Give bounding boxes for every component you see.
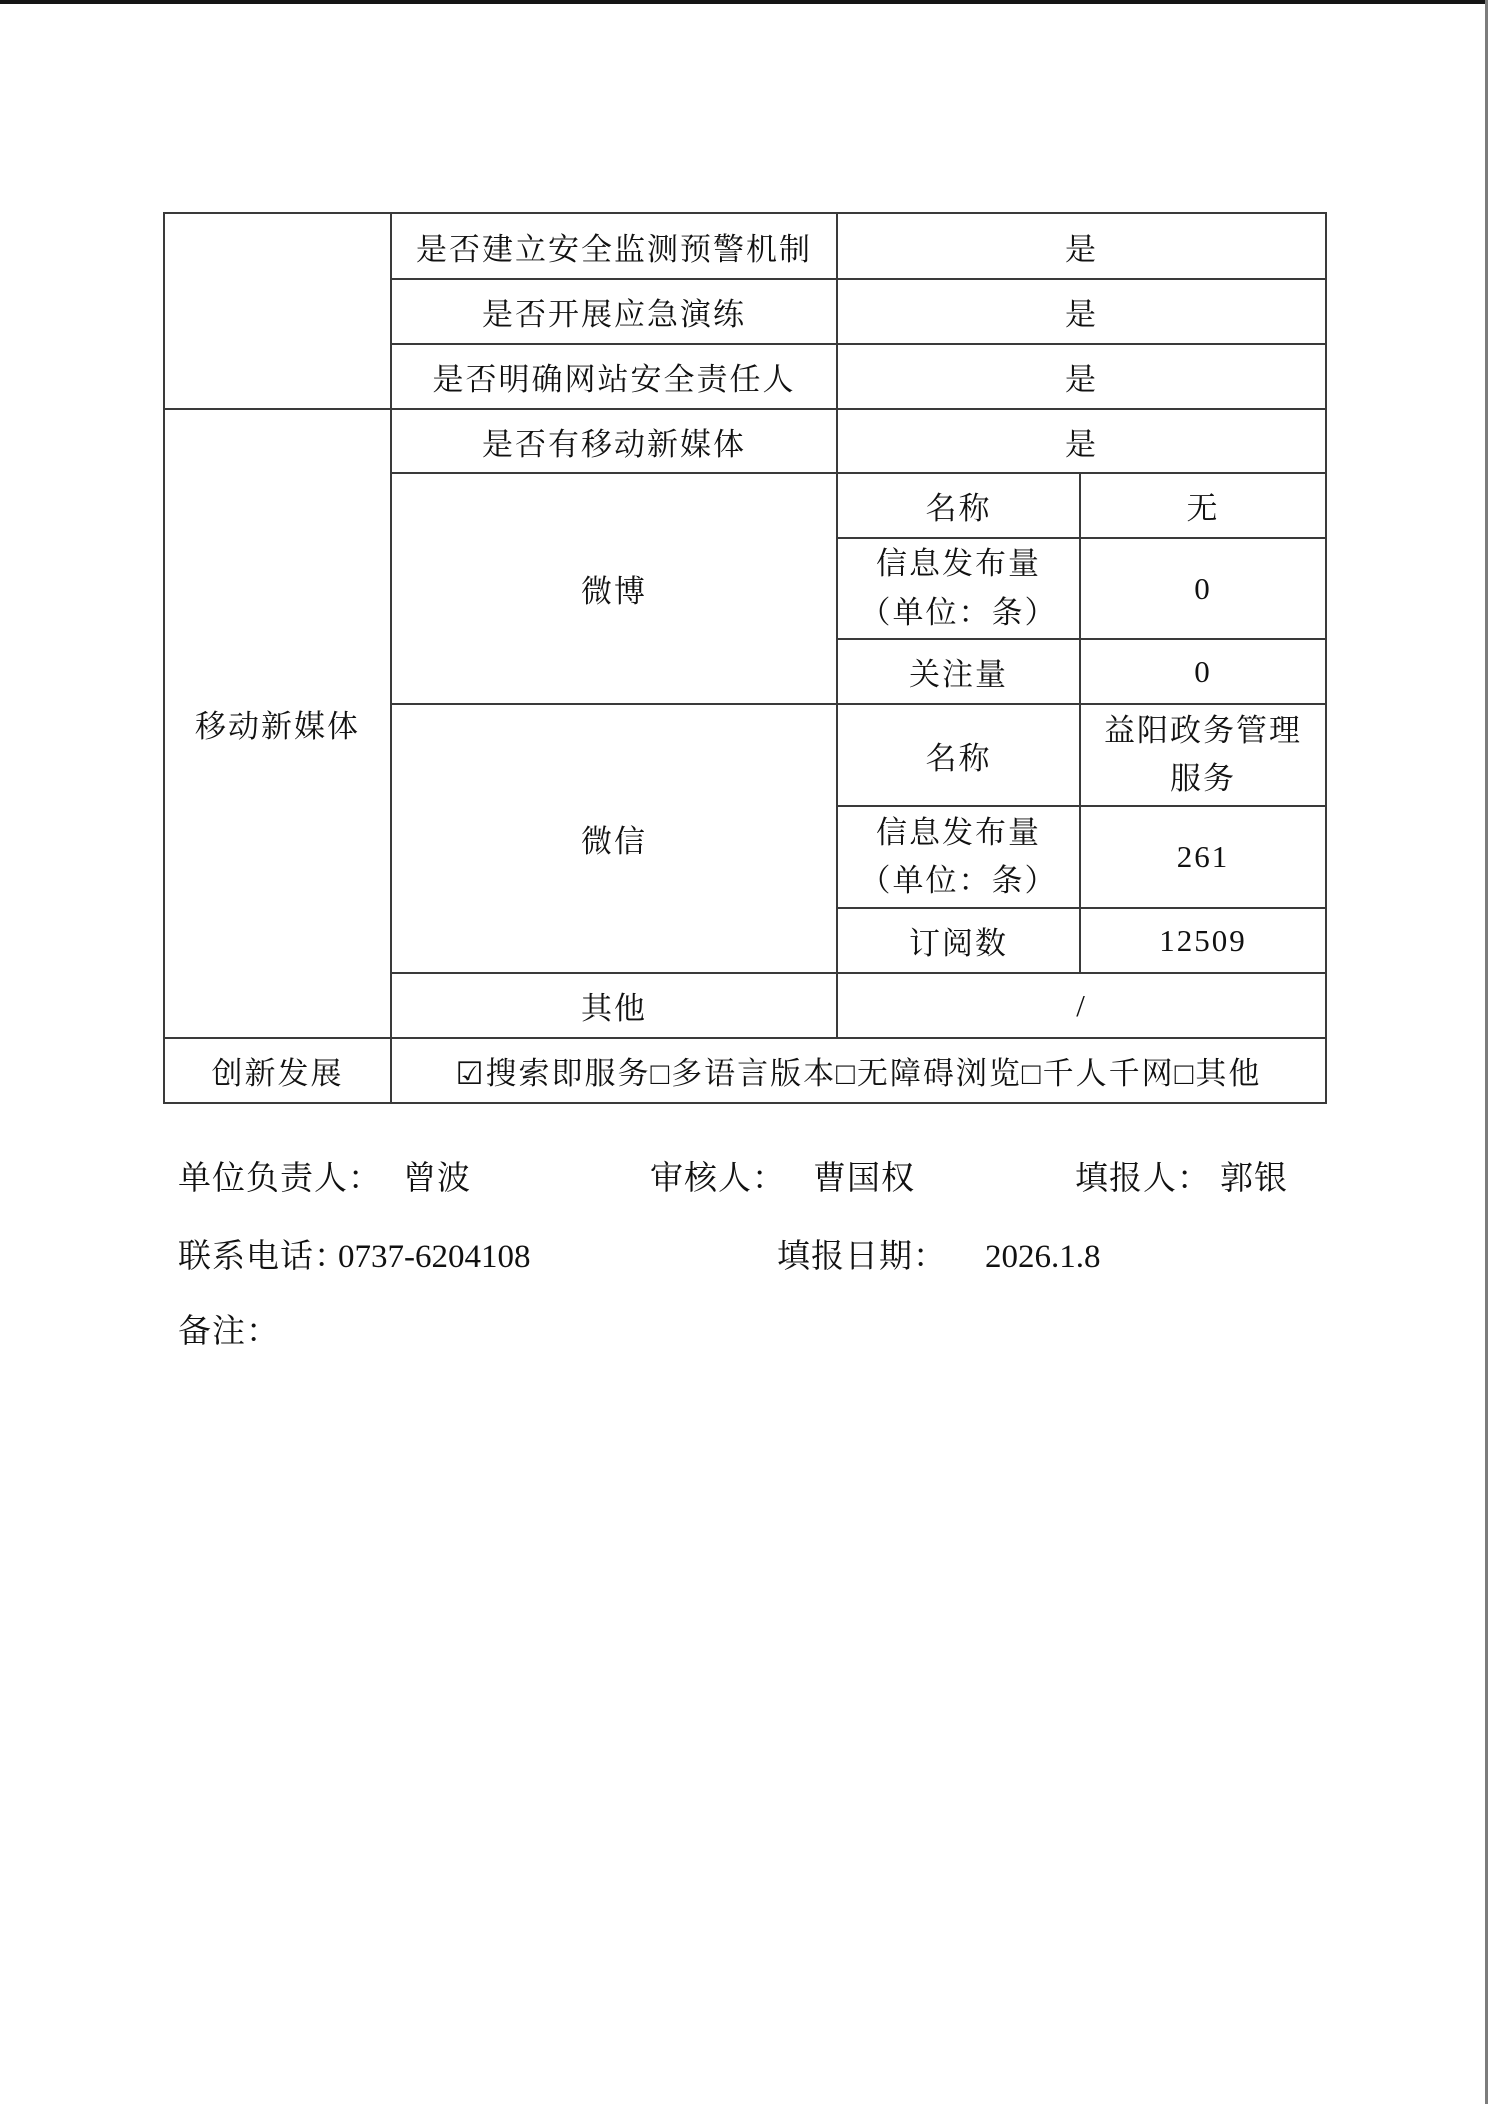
cell-wechat-posts-value: 261 [1080,806,1326,908]
responsible-person-label: 单位负责人： [178,1160,382,1198]
reviewer-value: 曹国权 [813,1160,915,1198]
cell-weibo-name-label: 名称 [837,473,1080,538]
cell-a-emergency-drill: 是 [837,279,1326,344]
reviewer-label: 审核人： [650,1160,786,1198]
cell-weibo-posts-label: 信息发布量 （单位：条） [837,538,1080,639]
cell-innovation-label: 创新发展 [164,1038,391,1103]
report-date-label: 填报日期： [777,1238,947,1276]
document-page: 是否建立安全监测预警机制 是 是否开展应急演练 是 是否明确网站安全责任人 是 … [0,0,1488,2104]
cell-wechat-subs-value: 12509 [1080,908,1326,973]
report-date-value: 2026.1.8 [985,1238,1101,1276]
cell-a-security-monitoring: 是 [837,213,1326,279]
cell-wechat-posts-label: 信息发布量 （单位：条） [837,806,1080,908]
cell-innovation-checkbox-options: ☑搜索即服务□多语言版本□无障碍浏览□千人千网□其他 [391,1038,1326,1103]
cell-other-value: / [837,973,1326,1038]
responsible-person-value: 曾波 [403,1160,471,1198]
contact-phone-value: 0737-6204108 [338,1238,531,1276]
cell-other-label: 其他 [391,973,837,1038]
cell-group-blank [164,213,391,409]
cell-wechat-name-value: 益阳政务管理 服务 [1080,704,1326,806]
cell-weibo-posts-value: 0 [1080,538,1326,639]
cell-wechat-subs-label: 订阅数 [837,908,1080,973]
cell-wechat-name-label: 名称 [837,704,1080,806]
cell-weibo-followers-value: 0 [1080,639,1326,704]
cell-weibo-followers-label: 关注量 [837,639,1080,704]
cell-weibo-name-value: 无 [1080,473,1326,538]
filler-label: 填报人： [1075,1160,1211,1198]
report-table: 是否建立安全监测预警机制 是 是否开展应急演练 是 是否明确网站安全责任人 是 … [163,212,1327,1104]
cell-a-has-mobile-media: 是 [837,409,1326,473]
cell-group-mobile-media: 移动新媒体 [164,409,391,1038]
filler-value: 郭银 [1220,1160,1288,1198]
cell-q-security-responsible: 是否明确网站安全责任人 [391,344,837,409]
cell-q-has-mobile-media: 是否有移动新媒体 [391,409,837,473]
cell-wechat-label: 微信 [391,704,837,973]
contact-phone-label: 联系电话： [178,1238,348,1276]
cell-a-security-responsible: 是 [837,344,1326,409]
cell-weibo-label: 微博 [391,473,837,704]
viewer-top-edge [0,0,1488,4]
remarks-label: 备注： [178,1313,280,1351]
cell-q-security-monitoring: 是否建立安全监测预警机制 [391,213,837,279]
cell-q-emergency-drill: 是否开展应急演练 [391,279,837,344]
